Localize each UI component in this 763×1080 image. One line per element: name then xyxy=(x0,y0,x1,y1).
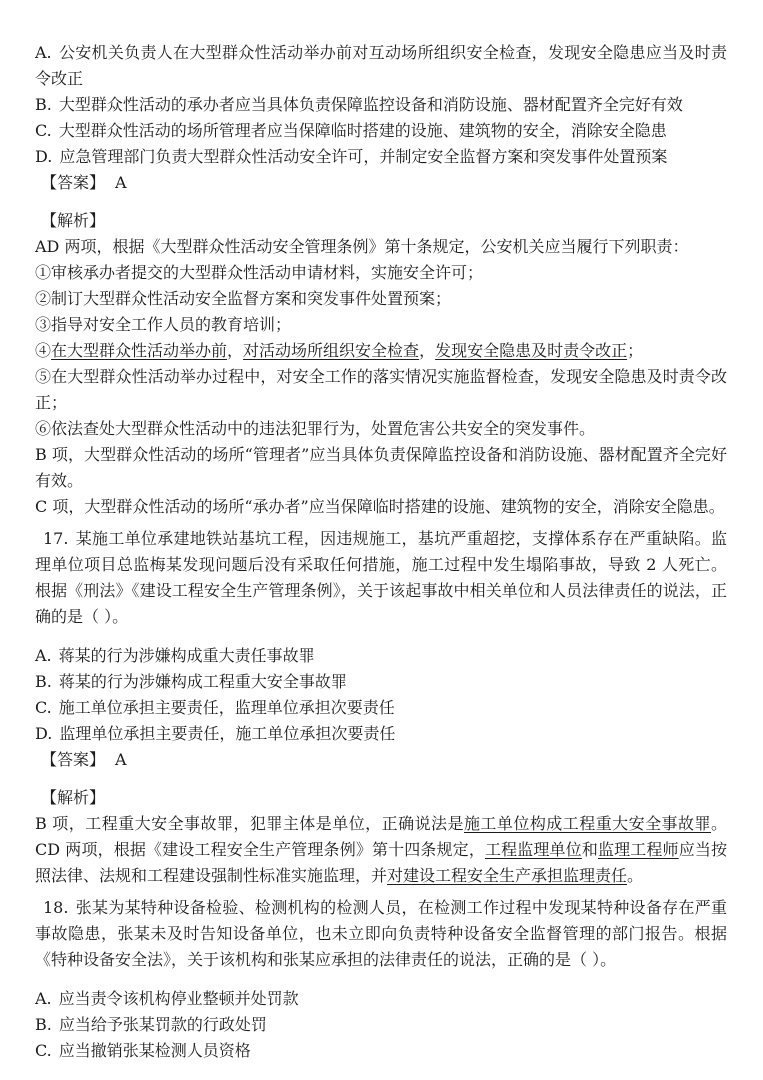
text-line: ⑤在大型群众性活动举办过程中，对安全工作的落实情况实施监督检查，发现安全隐患及时… xyxy=(35,364,727,416)
underlined-text: 监理工程师 xyxy=(598,840,679,859)
question-number: 17. xyxy=(43,529,68,548)
document-page: A.公安机关负责人在大型群众性活动举办前对互动场所组织安全检查，发现安全隐患应当… xyxy=(0,0,763,1080)
option-b: B.大型群众性活动的承办者应当具体负责保障监控设备和消防设施、器材配置齐全完好有… xyxy=(35,92,727,118)
option-text: 蒋某的行为涉嫌构成工程重大安全事故罪 xyxy=(59,672,347,691)
underlined-text: 工程监理单位 xyxy=(485,840,582,859)
option-text: 大型群众性活动的承办者应当具体负责保障监控设备和消防设施、器材配置齐全完好有效 xyxy=(59,95,683,114)
answer-label: 【答案】 xyxy=(41,173,105,192)
option-c: C.施工单位承担主要责任，监理单位承担次要责任 xyxy=(35,695,727,721)
question-17-analysis: B 项，工程重大安全事故罪，犯罪主体是单位，正确说法是施工单位构成工程重大安全事… xyxy=(35,811,727,889)
analysis-label: 【解析】 xyxy=(35,208,727,234)
question-text: 张某为某特种设备检验、检测机构的检测人员，在检测工作过程中发现某特种设备存在严重… xyxy=(35,898,727,969)
plain-text: ， xyxy=(419,341,435,360)
option-label: C. xyxy=(35,1041,52,1060)
question-17-block: 17.某施工单位承建地铁站基坑工程，因违规施工，基坑严重超挖，支撑体系存在严重缺… xyxy=(35,526,727,889)
text-line: ⑥依法查处大型群众性活动中的违法犯罪行为，处置危害公共安全的突发事件。 xyxy=(35,416,727,442)
question-text: 某施工单位承建地铁站基坑工程，因违规施工，基坑严重超挖，支撑体系存在严重缺陷。监… xyxy=(35,529,727,626)
answer-line: 【答案】A xyxy=(35,747,727,773)
plain-text: ， xyxy=(227,341,243,360)
option-a: A.公安机关负责人在大型群众性活动举办前对互动场所组织安全检查，发现安全隐患应当… xyxy=(35,40,727,92)
option-label: A. xyxy=(35,43,52,62)
plain-text: ④ xyxy=(35,341,51,360)
option-label: D. xyxy=(35,724,52,743)
option-a: A.蒋某的行为涉嫌构成重大责任事故罪 xyxy=(35,643,727,669)
option-text: 大型群众性活动的场所管理者应当保障临时搭建的设施、建筑物的安全，消除安全隐患 xyxy=(59,121,667,140)
question-number: 18. xyxy=(43,898,68,917)
plain-text: B 项，工程重大安全事故罪，犯罪主体是单位，正确说法是 xyxy=(35,814,464,833)
question-16-analysis: AD 两项，根据《大型群众性活动安全管理条例》第十条规定，公安机关应当履行下列职… xyxy=(35,234,727,520)
text-line: ②制订大型群众性活动安全监督方案和突发事件处置预案； xyxy=(35,286,727,312)
question-17-options: A.蒋某的行为涉嫌构成重大责任事故罪 B.蒋某的行为涉嫌构成工程重大安全事故罪 … xyxy=(35,643,727,747)
answer-label: 【答案】 xyxy=(41,750,105,769)
text-line: ①审核承办者提交的大型群众性活动申请材料，实施安全许可； xyxy=(35,260,727,286)
question-18-stem: 18.张某为某特种设备检验、检测机构的检测人员，在检测工作过程中发现某特种设备存… xyxy=(35,895,727,973)
option-label: D. xyxy=(35,147,52,166)
option-text: 应当给予张某罚款的行政处罚 xyxy=(59,1015,267,1034)
question-18-options: A.应当责令该机构停业整顿并处罚款 B.应当给予张某罚款的行政处罚 C.应当撤销… xyxy=(35,986,727,1064)
text-line: ④在大型群众性活动举办前，对活动场所组织安全检查，发现安全隐患及时责令改正； xyxy=(35,338,727,364)
question-18-block: 18.张某为某特种设备检验、检测机构的检测人员，在检测工作过程中发现某特种设备存… xyxy=(35,895,727,1064)
option-label: C. xyxy=(35,698,52,717)
option-text: 应急管理部门负责大型群众性活动安全许可，并制定安全监督方案和突发事件处置预案 xyxy=(59,147,667,166)
underlined-text: 在大型群众性活动举办前 xyxy=(51,341,227,360)
option-b: B.蒋某的行为涉嫌构成工程重大安全事故罪 xyxy=(35,669,727,695)
plain-text: 和 xyxy=(582,840,598,859)
option-text: 公安机关负责人在大型群众性活动举办前对互动场所组织安全检查，发现安全隐患应当及时… xyxy=(35,43,727,88)
underlined-text: 施工单位构成工程重大安全事故罪 xyxy=(464,814,711,833)
option-label: C. xyxy=(35,121,52,140)
text-line: ③指导对安全工作人员的教育培训； xyxy=(35,312,727,338)
answer-line: 【答案】A xyxy=(35,170,727,196)
question-16-block: A.公安机关负责人在大型群众性活动举办前对互动场所组织安全检查，发现安全隐患应当… xyxy=(35,40,727,520)
underlined-text: 对活动场所组织安全检查 xyxy=(243,341,419,360)
analysis-label: 【解析】 xyxy=(35,785,727,811)
option-c: C.应当撤销张某检测人员资格 xyxy=(35,1038,727,1064)
question-16-options: A.公安机关负责人在大型群众性活动举办前对互动场所组织安全检查，发现安全隐患应当… xyxy=(35,40,727,170)
option-d: D.监理单位承担主要责任，施工单位承担次要责任 xyxy=(35,721,727,747)
plain-text: 。 xyxy=(627,866,643,885)
underlined-text: 发现安全隐患及时责令改正 xyxy=(435,341,627,360)
option-text: 施工单位承担主要责任，监理单位承担次要责任 xyxy=(59,698,395,717)
option-text: 蒋某的行为涉嫌构成重大责任事故罪 xyxy=(59,646,315,665)
option-label: B. xyxy=(35,672,52,691)
option-text: 应当撤销张某检测人员资格 xyxy=(59,1041,251,1060)
text-line: B 项，工程重大安全事故罪，犯罪主体是单位，正确说法是施工单位构成工程重大安全事… xyxy=(35,811,727,889)
option-text: 监理单位承担主要责任，施工单位承担次要责任 xyxy=(59,724,395,743)
text-line: C 项，大型群众性活动的场所“承办者”应当保障临时搭建的设施、建筑物的安全，消除… xyxy=(35,494,727,520)
answer-value: A xyxy=(115,173,127,192)
text-line: AD 两项，根据《大型群众性活动安全管理条例》第十条规定，公安机关应当履行下列职… xyxy=(35,234,727,260)
question-17-stem: 17.某施工单位承建地铁站基坑工程，因违规施工，基坑严重超挖，支撑体系存在严重缺… xyxy=(35,526,727,630)
text-line: B 项，大型群众性活动的场所“管理者”应当具体负责保障监控设备和消防设施、器材配… xyxy=(35,442,727,494)
option-c: C.大型群众性活动的场所管理者应当保障临时搭建的设施、建筑物的安全，消除安全隐患 xyxy=(35,118,727,144)
option-b: B.应当给予张某罚款的行政处罚 xyxy=(35,1012,727,1038)
option-a: A.应当责令该机构停业整顿并处罚款 xyxy=(35,986,727,1012)
answer-value: A xyxy=(115,750,127,769)
option-text: 应当责令该机构停业整顿并处罚款 xyxy=(59,989,299,1008)
plain-text: ； xyxy=(627,341,643,360)
option-label: A. xyxy=(35,989,52,1008)
option-label: B. xyxy=(35,95,52,114)
option-d: D.应急管理部门负责大型群众性活动安全许可，并制定安全监督方案和突发事件处置预案 xyxy=(35,144,727,170)
option-label: A. xyxy=(35,646,52,665)
underlined-text: 对建设工程安全生产承担监理责任 xyxy=(387,866,627,885)
option-label: B. xyxy=(35,1015,52,1034)
